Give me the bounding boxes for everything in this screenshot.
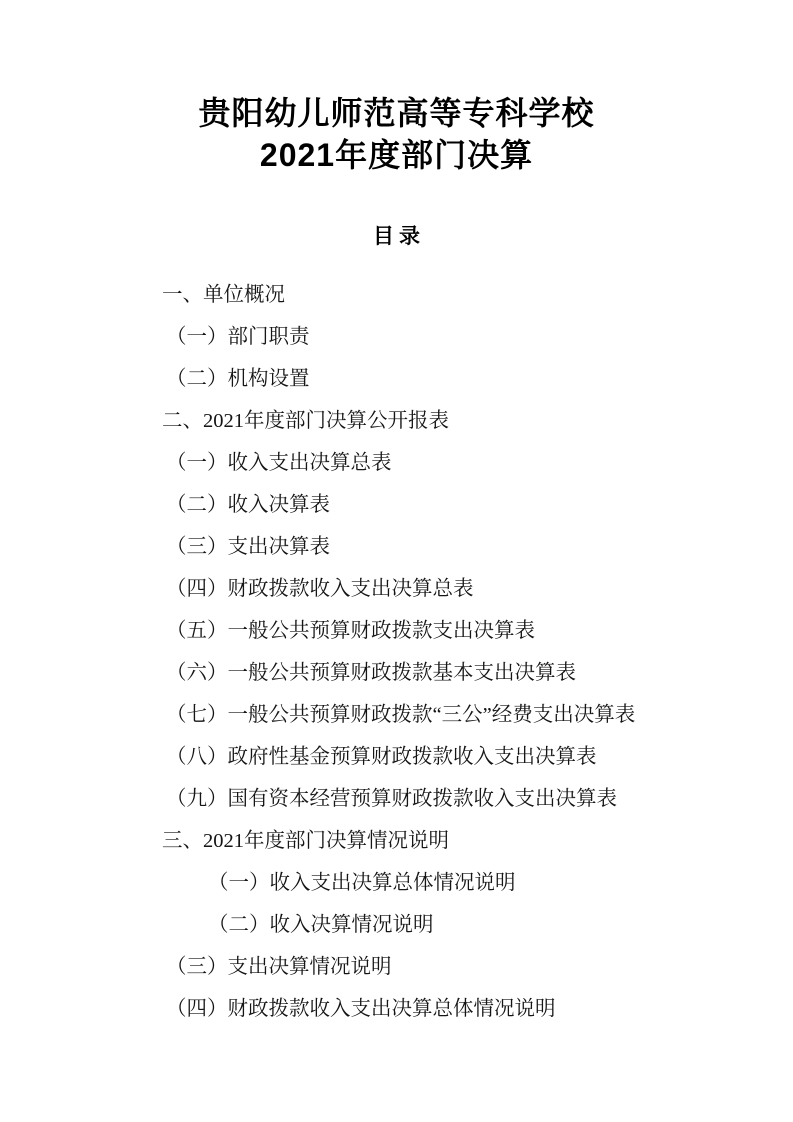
toc-item: 一、单位概况 [0, 274, 793, 316]
toc-item: 三、2021年度部门决算情况说明 [0, 820, 793, 862]
toc-item: （一）收入支出决算总表 [0, 442, 793, 484]
document-title-line-1: 贵阳幼儿师范高等专科学校 [0, 92, 793, 134]
toc-item: （四）财政拨款收入支出决算总表 [0, 568, 793, 610]
toc-item: （一）收入支出决算总体情况说明 [0, 862, 793, 904]
document-title: 贵阳幼儿师范高等专科学校 2021年度部门决算 [0, 0, 793, 176]
toc-item: （四）财政拨款收入支出决算总体情况说明 [0, 988, 793, 1030]
toc-item: （八）政府性基金预算财政拨款收入支出决算表 [0, 736, 793, 778]
document-page: 贵阳幼儿师范高等专科学校 2021年度部门决算 目录 一、单位概况（一）部门职责… [0, 0, 793, 1122]
toc-heading: 目录 [0, 222, 793, 250]
toc-item: （五）一般公共预算财政拨款支出决算表 [0, 610, 793, 652]
toc-item: （三）支出决算表 [0, 526, 793, 568]
toc-item: （七）一般公共预算财政拨款“三公”经费支出决算表 [0, 694, 793, 736]
document-title-line-2: 2021年度部门决算 [0, 134, 793, 176]
toc-item: （一）部门职责 [0, 316, 793, 358]
toc-item: （六）一般公共预算财政拨款基本支出决算表 [0, 652, 793, 694]
toc-item: （三）支出决算情况说明 [0, 946, 793, 988]
toc-item: 二、2021年度部门决算公开报表 [0, 400, 793, 442]
toc-item: （二）机构设置 [0, 358, 793, 400]
toc-item: （二）收入决算表 [0, 484, 793, 526]
toc-item: （二）收入决算情况说明 [0, 904, 793, 946]
toc-list: 一、单位概况（一）部门职责（二）机构设置二、2021年度部门决算公开报表（一）收… [0, 274, 793, 1030]
toc-item: （九）国有资本经营预算财政拨款收入支出决算表 [0, 778, 793, 820]
